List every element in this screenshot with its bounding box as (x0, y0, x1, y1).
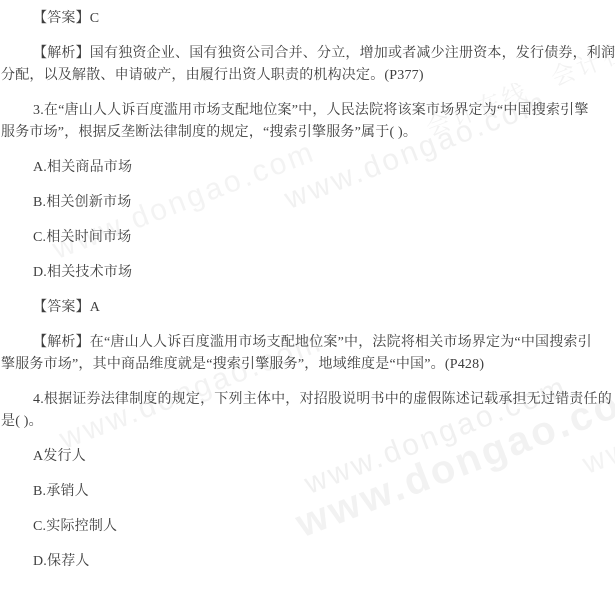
analysis-line: 分配，以及解散、申请破产，由履行出资人职责的机构决定。(P377) (1, 65, 615, 87)
question-line: 4.根据证券法律制度的规定，下列主体中，对招股说明书中的虚假陈述记载承担无过错责… (1, 389, 615, 411)
option-block: C.实际控制人 (1, 516, 615, 538)
option-line: B.承销人 (1, 481, 615, 503)
option-line: C.相关时间市场 (1, 227, 615, 249)
option-line: D.保荐人 (1, 551, 615, 573)
option-line: B.相关创新市场 (1, 192, 615, 214)
option-block: C.相关时间市场 (1, 227, 615, 249)
analysis-block: 【解析】在“唐山人人诉百度滥用市场支配地位案”中，法院将相关市场界定为“中国搜索… (1, 332, 615, 376)
option-block: D.相关技术市场 (1, 262, 615, 284)
question-line: 是( )。 (1, 411, 615, 433)
document-body: 【答案】C【解析】国有独资企业、国有独资公司合并、分立，增加或者减少注册资本，发… (0, 0, 615, 573)
question-block: 3.在“唐山人人诉百度滥用市场支配地位案”中，人民法院将该案市场界定为“中国搜索… (1, 100, 615, 144)
answer-line: 【答案】C (1, 8, 615, 30)
question-line: 3.在“唐山人人诉百度滥用市场支配地位案”中，人民法院将该案市场界定为“中国搜索… (1, 100, 615, 122)
question-block: 4.根据证券法律制度的规定，下列主体中，对招股说明书中的虚假陈述记载承担无过错责… (1, 389, 615, 433)
question-line: 服务市场”，根据反垄断法律制度的规定，“搜索引擎服务”属于( )。 (1, 122, 615, 144)
exam-answer-page: { "page": { "background": "#ffffff", "te… (0, 0, 615, 594)
answer-block: 【答案】A (1, 297, 615, 319)
option-line: D.相关技术市场 (1, 262, 615, 284)
answer-block: 【答案】C (1, 8, 615, 30)
option-line: C.实际控制人 (1, 516, 615, 538)
option-block: A发行人 (1, 446, 615, 468)
analysis-line: 擎服务市场”，其中商品维度就是“搜索引擎服务”，地域维度是“中国”。(P428) (1, 354, 615, 376)
analysis-line: 【解析】国有独资企业、国有独资公司合并、分立，增加或者减少注册资本，发行债券，利… (1, 43, 615, 65)
analysis-block: 【解析】国有独资企业、国有独资公司合并、分立，增加或者减少注册资本，发行债券，利… (1, 43, 615, 87)
option-line: A.相关商品市场 (1, 157, 615, 179)
option-line: A发行人 (1, 446, 615, 468)
option-block: D.保荐人 (1, 551, 615, 573)
answer-line: 【答案】A (1, 297, 615, 319)
analysis-line: 【解析】在“唐山人人诉百度滥用市场支配地位案”中，法院将相关市场界定为“中国搜索… (1, 332, 615, 354)
option-block: B.承销人 (1, 481, 615, 503)
option-block: A.相关商品市场 (1, 157, 615, 179)
option-block: B.相关创新市场 (1, 192, 615, 214)
